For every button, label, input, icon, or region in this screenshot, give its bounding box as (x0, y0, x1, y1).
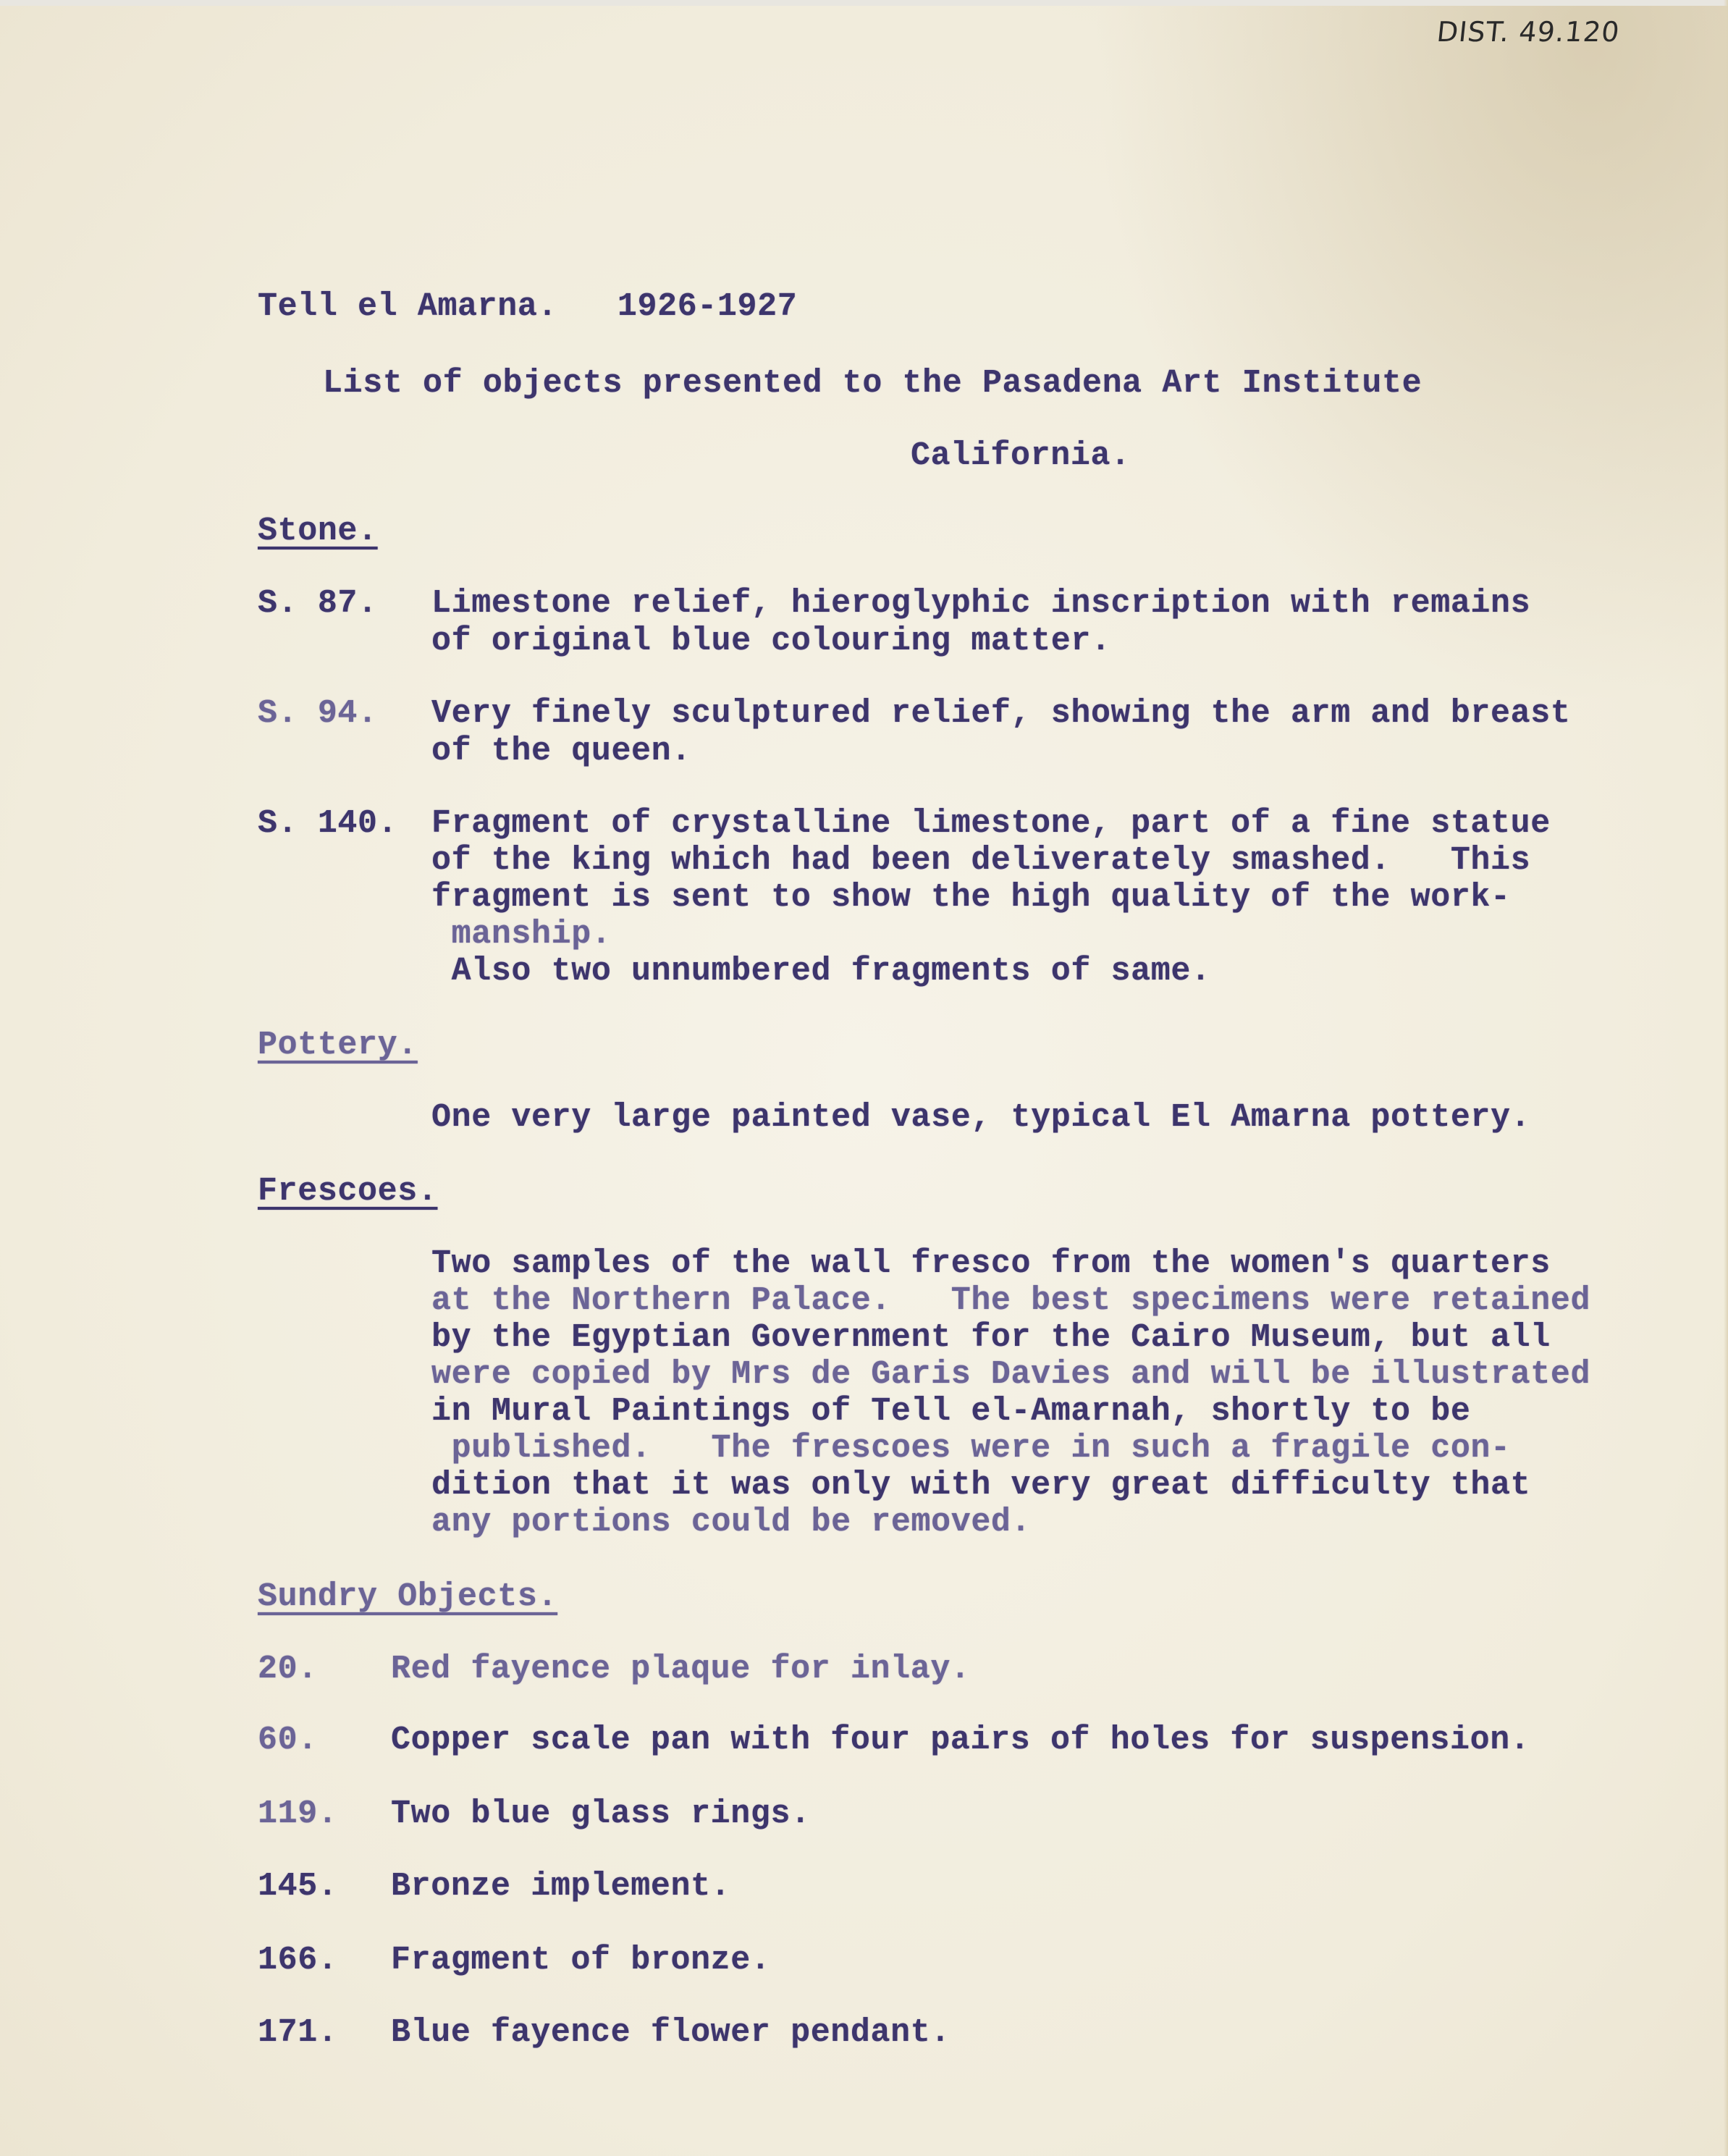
item-description-line: of the king which had been deliverately … (431, 842, 1530, 880)
item-description-line: of the queen. (431, 733, 691, 770)
section-heading-frescoes: Frescoes. (258, 1173, 437, 1210)
item-description-line: fragment is sent to show the high qualit… (431, 879, 1511, 917)
fresco-line: published. The frescoes were in such a f… (431, 1430, 1511, 1467)
item-description-line: manship. (431, 916, 611, 953)
page-top-edge (0, 0, 1728, 6)
item-number: S. 94. (258, 695, 378, 733)
item-description: Bronze implement. (391, 1868, 730, 1906)
document-title: Tell el Amarna. 1926-1927 (258, 288, 797, 326)
item-number: 119. (258, 1795, 337, 1833)
fresco-line: were copied by Mrs de Garis Davies and w… (431, 1356, 1590, 1394)
section-heading-stone: Stone. (258, 513, 378, 550)
item-description-line: Fragment of crystalline limestone, part … (431, 805, 1551, 843)
item-number: 60. (258, 1722, 318, 1759)
document-page: DIST. 49.120 Tell el Amarna. 1926-1927 L… (0, 0, 1728, 2156)
page-right-edge (1724, 0, 1728, 2156)
document-subtitle: List of objects presented to the Pasaden… (323, 365, 1422, 403)
item-description-line: of original blue colouring matter. (431, 623, 1111, 660)
item-description: Blue fayence flower pendant. (391, 2014, 951, 2052)
item-number: 166. (258, 1942, 337, 1979)
fresco-line: dition that it was only with very great … (431, 1467, 1530, 1504)
section-heading-pottery: Pottery. (258, 1027, 418, 1064)
item-description: Two blue glass rings. (391, 1795, 811, 1833)
item-description: Fragment of bronze. (391, 1942, 770, 1979)
fresco-line: at the Northern Palace. The best specime… (431, 1282, 1590, 1320)
fresco-line: by the Egyptian Government for the Cairo… (431, 1319, 1551, 1357)
fresco-line: Two samples of the wall fresco from the … (431, 1245, 1551, 1283)
item-number: 171. (258, 2014, 337, 2052)
item-number: S. 140. (258, 805, 397, 843)
item-number: 145. (258, 1868, 337, 1906)
section-heading-sundry-objects: Sundry Objects. (258, 1578, 557, 1616)
item-description-line: Very finely sculptured relief, showing t… (431, 695, 1570, 733)
fresco-line: any portions could be removed. (431, 1504, 1031, 1541)
item-description-line: Also two unnumbered fragments of same. (431, 953, 1211, 990)
accession-number: DIST. 49.120 (1436, 16, 1622, 48)
item-number: 20. (258, 1651, 318, 1688)
pottery-description: One very large painted vase, typical El … (431, 1099, 1530, 1137)
item-number: S. 87. (258, 585, 378, 623)
fresco-line: in Mural Paintings of Tell el-Amarnah, s… (431, 1393, 1470, 1431)
item-description-line: Limestone relief, hieroglyphic inscripti… (431, 585, 1530, 623)
document-location: California. (911, 437, 1131, 475)
item-description: Copper scale pan with four pairs of hole… (391, 1722, 1530, 1759)
item-description: Red fayence plaque for inlay. (391, 1651, 971, 1688)
